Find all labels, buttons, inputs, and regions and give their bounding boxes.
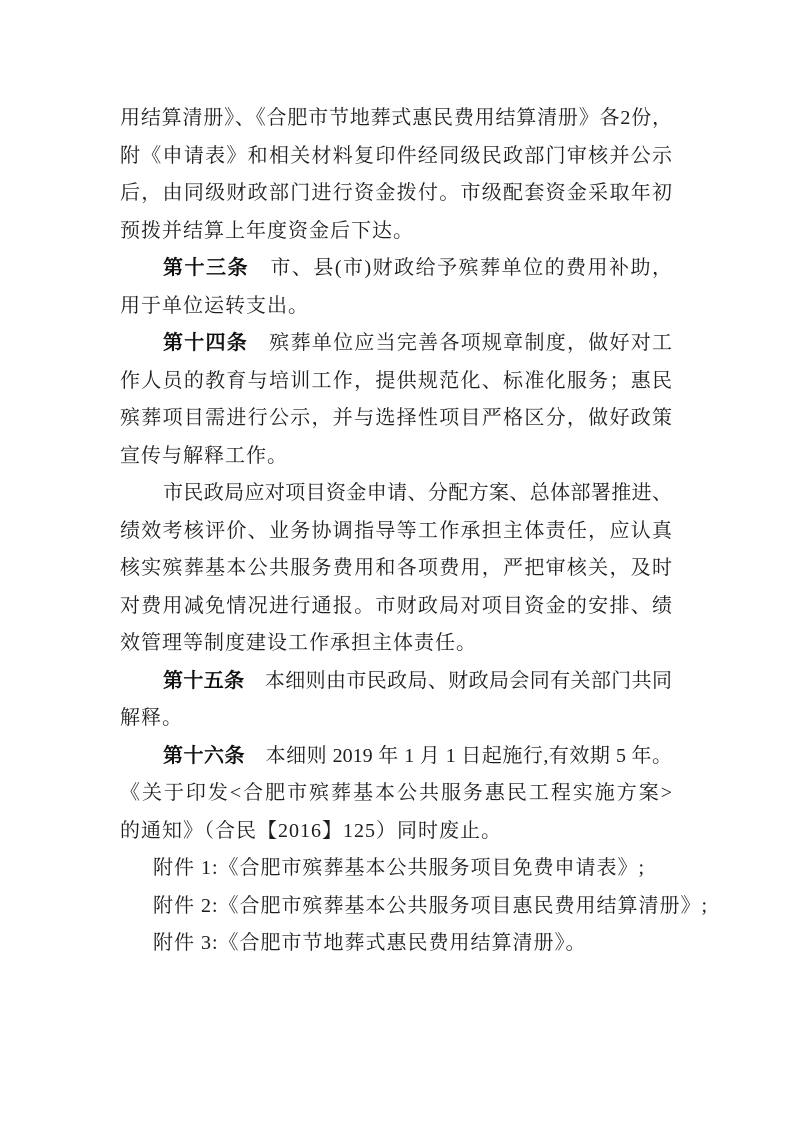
article-number-label: 第十五条: [163, 670, 245, 692]
document-line: 《关于印发<合肥市殡葬基本公共服务惠民工程实施方案>: [120, 775, 672, 813]
article-number-label: 第十六条: [163, 745, 245, 767]
line-text: 解释。: [120, 707, 183, 729]
document-line: 附件 3:《合肥市节地葬式惠民费用结算清册》。: [120, 925, 672, 963]
line-text: 对费用减免情况进行通报。市财政局对项目资金的安排、绩: [120, 595, 672, 617]
document-line: 第十三条 市、县(市)财政给予殡葬单位的费用补助，: [120, 250, 672, 288]
line-text: 殡葬单位应当完善各项规章制度，做好对工: [248, 332, 672, 354]
line-text: 《关于印发<合肥市殡葬基本公共服务惠民工程实施方案>: [120, 782, 672, 804]
article-number-label: 第十四条: [163, 332, 248, 354]
line-text: 殡葬项目需进行公示，并与选择性项目严格区分，做好政策: [120, 407, 672, 429]
document-line: 殡葬项目需进行公示，并与选择性项目严格区分，做好政策: [120, 400, 672, 438]
document-line: 第十六条 本细则 2019 年 1 月 1 日起施行,有效期 5 年。: [120, 738, 672, 776]
document-line: 对费用减免情况进行通报。市财政局对项目资金的安排、绩: [120, 588, 672, 626]
line-text: 绩效考核评价、业务协调指导等工作承担主体责任，应认真: [120, 520, 672, 542]
line-text: 附件 1:《合肥市殡葬基本公共服务项目免费申请表》;: [153, 857, 645, 879]
document-line: 作人员的教育与培训工作，提供规范化、标准化服务；惠民: [120, 363, 672, 401]
article-number-label: 第十三条: [163, 257, 249, 279]
document-line: 宣传与解释工作。: [120, 438, 672, 476]
line-text: 后，由同级财政部门进行资金拨付。市级配套资金采取年初: [120, 182, 672, 204]
line-text: 核实殡葬基本公共服务费用和各项费用，严把审核关，及时: [120, 557, 672, 579]
line-text: 用于单位运转支出。: [120, 295, 309, 317]
document-line: 第十四条 殡葬单位应当完善各项规章制度，做好对工: [120, 325, 672, 363]
document-line: 后，由同级财政部门进行资金拨付。市级配套资金采取年初: [120, 175, 672, 213]
document-line: 附件 1:《合肥市殡葬基本公共服务项目免费申请表》;: [120, 850, 672, 888]
line-text: 本细则 2019 年 1 月 1 日起施行,有效期 5 年。: [245, 745, 672, 767]
document-line: 附件 2:《合肥市殡葬基本公共服务项目惠民费用结算清册》;: [120, 888, 672, 926]
document-line: 核实殡葬基本公共服务费用和各项费用，严把审核关，及时: [120, 550, 672, 588]
line-text: 附《申请表》和相关材料复印件经同级民政部门审核并公示: [120, 145, 672, 167]
document-line: 用结算清册》、《合肥市节地葬式惠民费用结算清册》各2份，: [120, 100, 672, 138]
document-line: 市民政局应对项目资金申请、分配方案、总体部署推进、: [120, 475, 672, 513]
line-text: 作人员的教育与培训工作，提供规范化、标准化服务；惠民: [120, 370, 672, 392]
line-text: 宣传与解释工作。: [120, 445, 288, 467]
document-line: 预拨并结算上年度资金后下达。: [120, 213, 672, 251]
line-text: 效管理等制度建设工作承担主体责任。: [120, 632, 477, 654]
line-text: 用结算清册》、《合肥市节地葬式惠民费用结算清册》各2份，: [120, 107, 672, 129]
document-page: 用结算清册》、《合肥市节地葬式惠民费用结算清册》各2份，附《申请表》和相关材料复…: [0, 0, 793, 1122]
document-body: 用结算清册》、《合肥市节地葬式惠民费用结算清册》各2份，附《申请表》和相关材料复…: [120, 100, 672, 963]
line-text: 附件 2:《合肥市殡葬基本公共服务项目惠民费用结算清册》;: [153, 895, 708, 917]
line-text: 附件 3:《合肥市节地葬式惠民费用结算清册》。: [153, 932, 587, 954]
document-line: 效管理等制度建设工作承担主体责任。: [120, 625, 672, 663]
document-line: 解释。: [120, 700, 672, 738]
line-text: 预拨并结算上年度资金后下达。: [120, 220, 414, 242]
line-text: 市、县(市)财政给予殡葬单位的费用补助，: [249, 257, 672, 279]
document-line: 用于单位运转支出。: [120, 288, 672, 326]
line-text: 市民政局应对项目资金申请、分配方案、总体部署推进、: [163, 482, 672, 504]
line-text: 本细则由市民政局、财政局会同有关部门共同: [245, 670, 673, 692]
document-line: 的通知》（合民【2016】125）同时废止。: [120, 813, 672, 851]
line-text: 的通知》（合民【2016】125）同时废止。: [120, 820, 502, 842]
document-line: 绩效考核评价、业务协调指导等工作承担主体责任，应认真: [120, 513, 672, 551]
document-line: 第十五条 本细则由市民政局、财政局会同有关部门共同: [120, 663, 672, 701]
document-line: 附《申请表》和相关材料复印件经同级民政部门审核并公示: [120, 138, 672, 176]
